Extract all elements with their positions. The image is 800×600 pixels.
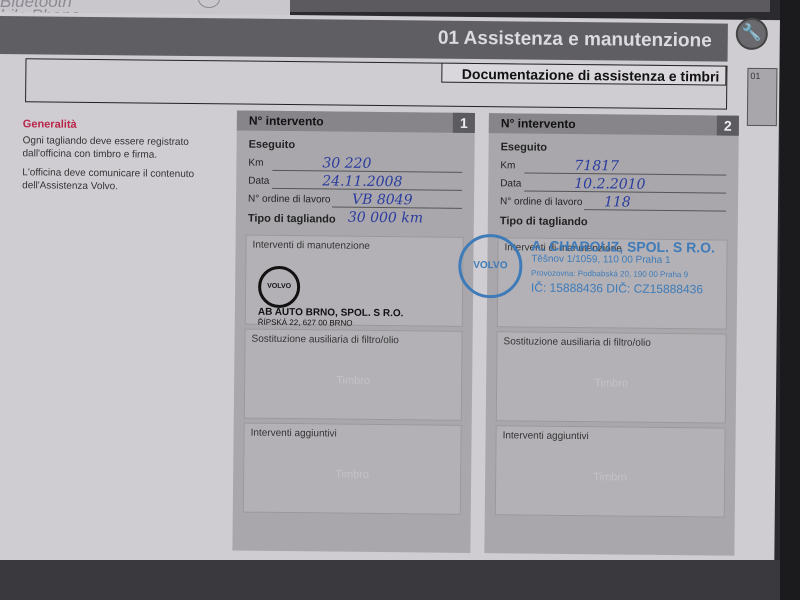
stamp-placeholder: Timbro [245,374,461,388]
filtro-section: Sostituzione ausiliaria di filtro/olio T… [496,331,727,423]
volvo-logo-icon: VOLVO [458,234,523,299]
ordine-value: VB 8049 [352,192,413,209]
data-value: 24.11.2008 [322,173,402,190]
ordine-value: 118 [604,194,631,210]
stamp-placeholder: Timbro [497,376,725,390]
card-header-label: N° intervento [249,114,324,129]
generalita-section: Generalità Ogni tagliando deve essere re… [22,118,233,200]
chapter-header: 01 Assistenza e manutenzione [0,16,728,62]
background-right [780,0,800,600]
manutenzione-label: Interventi di manutenzione [253,240,370,252]
km-field[interactable]: Km30 220 [272,153,462,173]
manutenzione-section: Interventi di manutenzione VOLVO AB AUTO… [245,235,464,327]
card-header: N° intervento 2 [489,113,739,136]
km-value: 30 220 [322,155,371,172]
background [290,0,770,12]
filtro-label: Sostituzione ausiliaria di filtro/olio [252,334,399,347]
circle-icon [198,0,220,8]
generalita-paragraph-1: Ogni tagliando deve essere registrato da… [22,134,232,162]
filtro-section: Sostituzione ausiliaria di filtro/olio T… [244,329,463,421]
km-field[interactable]: Km71817 [524,156,726,176]
stamp-placeholder: Timbro [244,468,460,482]
ordine-label: N° ordine di lavoro [248,194,330,206]
data-field[interactable]: Data10.2.2010 [524,173,726,193]
eseguito-label: Eseguito [501,141,727,155]
data-label: Data [248,176,269,187]
tipo-value: 30 000 km [348,210,423,227]
service-card-2: N° intervento 2 Eseguito Km71817 Data10.… [484,113,739,556]
km-value: 71817 [574,158,619,174]
volvo-logo-icon: VOLVO [258,266,300,308]
aggiuntivi-section: Interventi aggiuntivi Timbro [495,425,726,517]
aggiuntivi-label: Interventi aggiuntivi [251,428,337,440]
card-header: N° intervento 1 [237,110,475,132]
data-value: 10.2.2010 [574,176,645,193]
section-box: Documentazione di assistenza e timbri [25,58,727,109]
stamp-placeholder: Timbro [496,470,724,484]
aggiuntivi-section: Interventi aggiuntivi Timbro [243,423,462,515]
filtro-label: Sostituzione ausiliaria di filtro/olio [504,336,651,349]
data-field[interactable]: Data24.11.2008 [272,171,462,191]
wrench-icon: 🔧 [736,18,768,50]
km-label: Km [248,158,263,169]
stamp-ic: IČ: 15888436 DIČ: CZ15888436 [531,281,715,297]
ordine-label: N° ordine di lavoro [500,196,582,208]
card-number: 1 [453,113,475,133]
generalita-heading: Generalità [23,118,233,133]
data-label: Data [500,178,521,189]
section-title: Documentazione di assistenza e timbri [441,63,726,86]
ordine-field[interactable]: N° ordine di lavoro118 [584,192,726,211]
km-label: Km [500,160,515,171]
eseguito-label: Eseguito [249,139,463,153]
chapter-tab: 01 [747,68,778,126]
tipo-label: Tipo di tagliando [500,215,588,228]
background-bottom [0,560,800,600]
tipo-label: Tipo di tagliando [248,213,336,226]
manutenzione-section: Interventi di manutenzione VOLVO A. CHAR… [497,237,728,329]
dealer-stamp: VOLVO A. CHAROUZ, SPOL. S R.O. Těšnov 1/… [458,234,715,301]
ordine-field[interactable]: N° ordine di lavoroVB 8049 [332,189,462,208]
generalita-paragraph-2: L'officina deve comunicare il contenuto … [22,166,232,194]
card-header-label: N° intervento [501,116,576,131]
tipo-field[interactable]: Tipo di tagliando30 000 km [248,213,462,227]
card-number: 2 [717,116,739,136]
manual-page: 01 Assistenza e manutenzione 🔧 Documenta… [0,12,780,580]
aggiuntivi-label: Interventi aggiuntivi [503,430,589,442]
service-card-1: N° intervento 1 Eseguito Km30 220 Data24… [232,110,475,552]
tipo-field[interactable]: Tipo di tagliando [500,215,726,229]
chapter-title: 01 Assistenza e manutenzione [438,28,712,53]
